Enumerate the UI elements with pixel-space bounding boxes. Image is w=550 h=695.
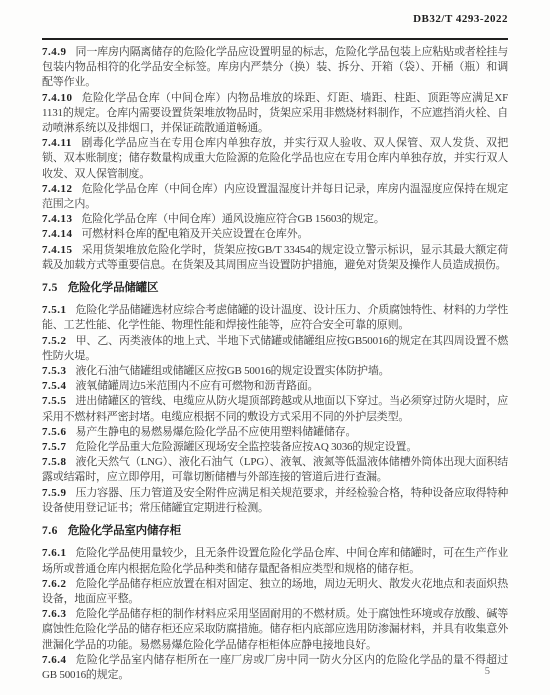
clause-text: 危险化学品仓库（中间仓库）通风设施应符合GB 15603的规定。 bbox=[82, 213, 385, 225]
header-rule bbox=[42, 38, 508, 40]
clause-7-4-15: 7.4.15采用货架堆放危险化学时，货架应按GB/T 33454的规定设立警示标… bbox=[42, 243, 508, 273]
clause-number: 7.6.4 bbox=[42, 654, 67, 666]
clause-text: 危险化学品储罐选材应综合考虑储罐的设计温度、设计压力、介质腐蚀特性、材料的力学性… bbox=[42, 304, 508, 331]
clause-number: 7.4.11 bbox=[42, 137, 72, 149]
clause-7-5-5: 7.5.5进出储罐区的管线、电缆应从防火堤顶部跨越或从地面以下穿过。当必须穿过防… bbox=[42, 394, 508, 424]
clause-number: 7.4.15 bbox=[42, 244, 73, 256]
clause-number: 7.5.7 bbox=[42, 441, 67, 453]
clause-7-4-9: 7.4.9同一库房内隔离储存的危险化学品应设置明显的标志，危险化学品包装上应粘贴… bbox=[42, 45, 508, 91]
section-number: 7.5 bbox=[42, 282, 58, 294]
section-title: 危险化学品储罐区 bbox=[68, 282, 158, 294]
clause-number: 7.5.2 bbox=[42, 335, 67, 347]
clause-number: 7.6.3 bbox=[42, 608, 67, 620]
clause-number: 7.5.5 bbox=[42, 395, 67, 407]
clause-text: 危险化学品仓库（中间仓库）内应设置温湿度计并每日记录，库房内温湿度应保持在规定范… bbox=[42, 183, 508, 210]
clause-number: 7.6.1 bbox=[42, 547, 67, 559]
document-body: 7.4.9同一库房内隔离储存的危险化学品应设置明显的标志，危险化学品包装上应粘贴… bbox=[42, 45, 508, 683]
clause-text: 危险化学品储存柜应放置在相对固定、独立的场地，周边无明火、散发火花地点和表面炽热… bbox=[42, 578, 508, 605]
clause-text: 可燃材料仓库的配电箱及开关应设置在仓库外。 bbox=[82, 228, 309, 240]
clause-text: 压力容器、压力管道及安全附件应满足相关规范要求，并经检验合格，特种设备应取得特种… bbox=[42, 487, 508, 514]
section-number: 7.6 bbox=[42, 525, 58, 537]
clause-7-5-2: 7.5.2甲、乙、丙类液体的地上式、半地下式储罐或储罐组应按GB50016的规定… bbox=[42, 334, 508, 364]
document-page: DB32/T 4293-2022 7.4.9同一库房内隔离储存的危险化学品应设置… bbox=[0, 0, 550, 695]
clause-7-5-8: 7.5.8液化天然气（LNG）、液化石油气（LPG）、液氧、液氮等低温液体储槽外… bbox=[42, 455, 508, 485]
clause-text: 危险化学品使用量较少，且无条件设置危险化学品仓库、中间仓库和储罐时，可在生产作业… bbox=[42, 547, 508, 574]
clause-7-6-2: 7.6.2危险化学品储存柜应放置在相对固定、独立的场地，周边无明火、散发火花地点… bbox=[42, 577, 508, 607]
clause-number: 7.5.3 bbox=[42, 365, 67, 377]
clause-number: 7.4.12 bbox=[42, 183, 73, 195]
clause-text: 进出储罐区的管线、电缆应从防火堤顶部跨越或从地面以下穿过。当必须穿过防火堤时，应… bbox=[42, 395, 508, 422]
clause-7-4-14: 7.4.14可燃材料仓库的配电箱及开关应设置在仓库外。 bbox=[42, 227, 508, 242]
clause-7-5-3: 7.5.3液化石油气储罐组或储罐区应按GB 50016的规定设置实体防护墙。 bbox=[42, 364, 508, 379]
clause-7-5-9: 7.5.9压力容器、压力管道及安全附件应满足相关规范要求，并经检验合格，特种设备… bbox=[42, 486, 508, 516]
clause-number: 7.5.4 bbox=[42, 380, 67, 392]
clause-text: 危险化学品重大危险源罐区现场安全监控装备应按AQ 3036的规定设置。 bbox=[76, 441, 418, 453]
clause-text: 危险化学品储存柜的制作材料应采用坚固耐用的不燃材质。处于腐蚀性环境或存放酸、碱等… bbox=[42, 608, 508, 650]
clause-number: 7.4.9 bbox=[42, 46, 67, 58]
clause-7-4-12: 7.4.12危险化学品仓库（中间仓库）内应设置温湿度计并每日记录，库房内温湿度应… bbox=[42, 182, 508, 212]
clause-number: 7.5.1 bbox=[42, 304, 67, 316]
section-heading-7-5: 7.5危险化学品储罐区 bbox=[42, 281, 508, 296]
header-standard-number: DB32/T 4293-2022 bbox=[42, 13, 508, 34]
clause-7-5-6: 7.5.6易产生静电的易燃易爆危险化学品不应使用塑料储罐储存。 bbox=[42, 425, 508, 440]
clause-number: 7.4.10 bbox=[42, 92, 73, 104]
clause-number: 7.5.9 bbox=[42, 487, 67, 499]
section-heading-7-6: 7.6危险化学品室内储存柜 bbox=[42, 524, 508, 539]
clause-7-4-13: 7.4.13危险化学品仓库（中间仓库）通风设施应符合GB 15603的规定。 bbox=[42, 212, 508, 227]
clause-text: 液化石油气储罐组或储罐区应按GB 50016的规定设置实体防护墙。 bbox=[76, 365, 390, 377]
clause-7-5-4: 7.5.4液氧储罐周边5米范围内不应有可燃物和沥青路面。 bbox=[42, 379, 508, 394]
clause-7-4-10: 7.4.10危险化学品仓库（中间仓库）内物品堆放的垛距、灯距、墙距、柱距、顶距等… bbox=[42, 91, 508, 137]
clause-number: 7.4.13 bbox=[42, 213, 73, 225]
clause-number: 7.5.8 bbox=[42, 456, 67, 468]
clause-number: 7.5.6 bbox=[42, 426, 67, 438]
clause-text: 采用货架堆放危险化学时，货架应按GB/T 33454的规定设立警示标识，显示其最… bbox=[42, 244, 508, 271]
clause-number: 7.6.2 bbox=[42, 578, 67, 590]
clause-number: 7.4.14 bbox=[42, 228, 73, 240]
clause-text: 液化天然气（LNG）、液化石油气（LPG）、液氧、液氮等低温液体储槽外筒体出现大… bbox=[42, 456, 508, 483]
clause-text: 危险化学品室内储存柜所在一座厂房或厂房中同一防火分区内的危险化学品的量不得超过G… bbox=[42, 654, 508, 681]
clause-text: 易产生静电的易燃易爆危险化学品不应使用塑料储罐储存。 bbox=[76, 426, 357, 438]
clause-7-6-1: 7.6.1危险化学品使用量较少，且无条件设置危险化学品仓库、中间仓库和储罐时，可… bbox=[42, 546, 508, 576]
clause-7-6-4: 7.6.4危险化学品室内储存柜所在一座厂房或厂房中同一防火分区内的危险化学品的量… bbox=[42, 653, 508, 683]
clause-7-4-11: 7.4.11剧毒化学品应当在专用仓库内单独存放，并实行双人验收、双人保管、双人发… bbox=[42, 136, 508, 182]
clause-text: 剧毒化学品应当在专用仓库内单独存放，并实行双人验收、双人保管、双人发货、双把锁、… bbox=[42, 137, 508, 179]
clause-7-6-3: 7.6.3危险化学品储存柜的制作材料应采用坚固耐用的不燃材质。处于腐蚀性环境或存… bbox=[42, 607, 508, 653]
clause-text: 液氧储罐周边5米范围内不应有可燃物和沥青路面。 bbox=[76, 380, 319, 392]
page-number: 5 bbox=[485, 666, 490, 677]
clause-text: 甲、乙、丙类液体的地上式、半地下式储罐或储罐组应按GB50016的规定在其四周设… bbox=[42, 335, 508, 362]
clause-text: 同一库房内隔离储存的危险化学品应设置明显的标志，危险化学品包装上应粘贴或者栓挂与… bbox=[42, 46, 508, 88]
clause-text: 危险化学品仓库（中间仓库）内物品堆放的垛距、灯距、墙距、柱距、顶距等应满足XF … bbox=[42, 92, 508, 134]
clause-7-5-7: 7.5.7危险化学品重大危险源罐区现场安全监控装备应按AQ 3036的规定设置。 bbox=[42, 440, 508, 455]
section-title: 危险化学品室内储存柜 bbox=[68, 525, 181, 537]
clause-7-5-1: 7.5.1危险化学品储罐选材应综合考虑储罐的设计温度、设计压力、介质腐蚀特性、材… bbox=[42, 303, 508, 333]
